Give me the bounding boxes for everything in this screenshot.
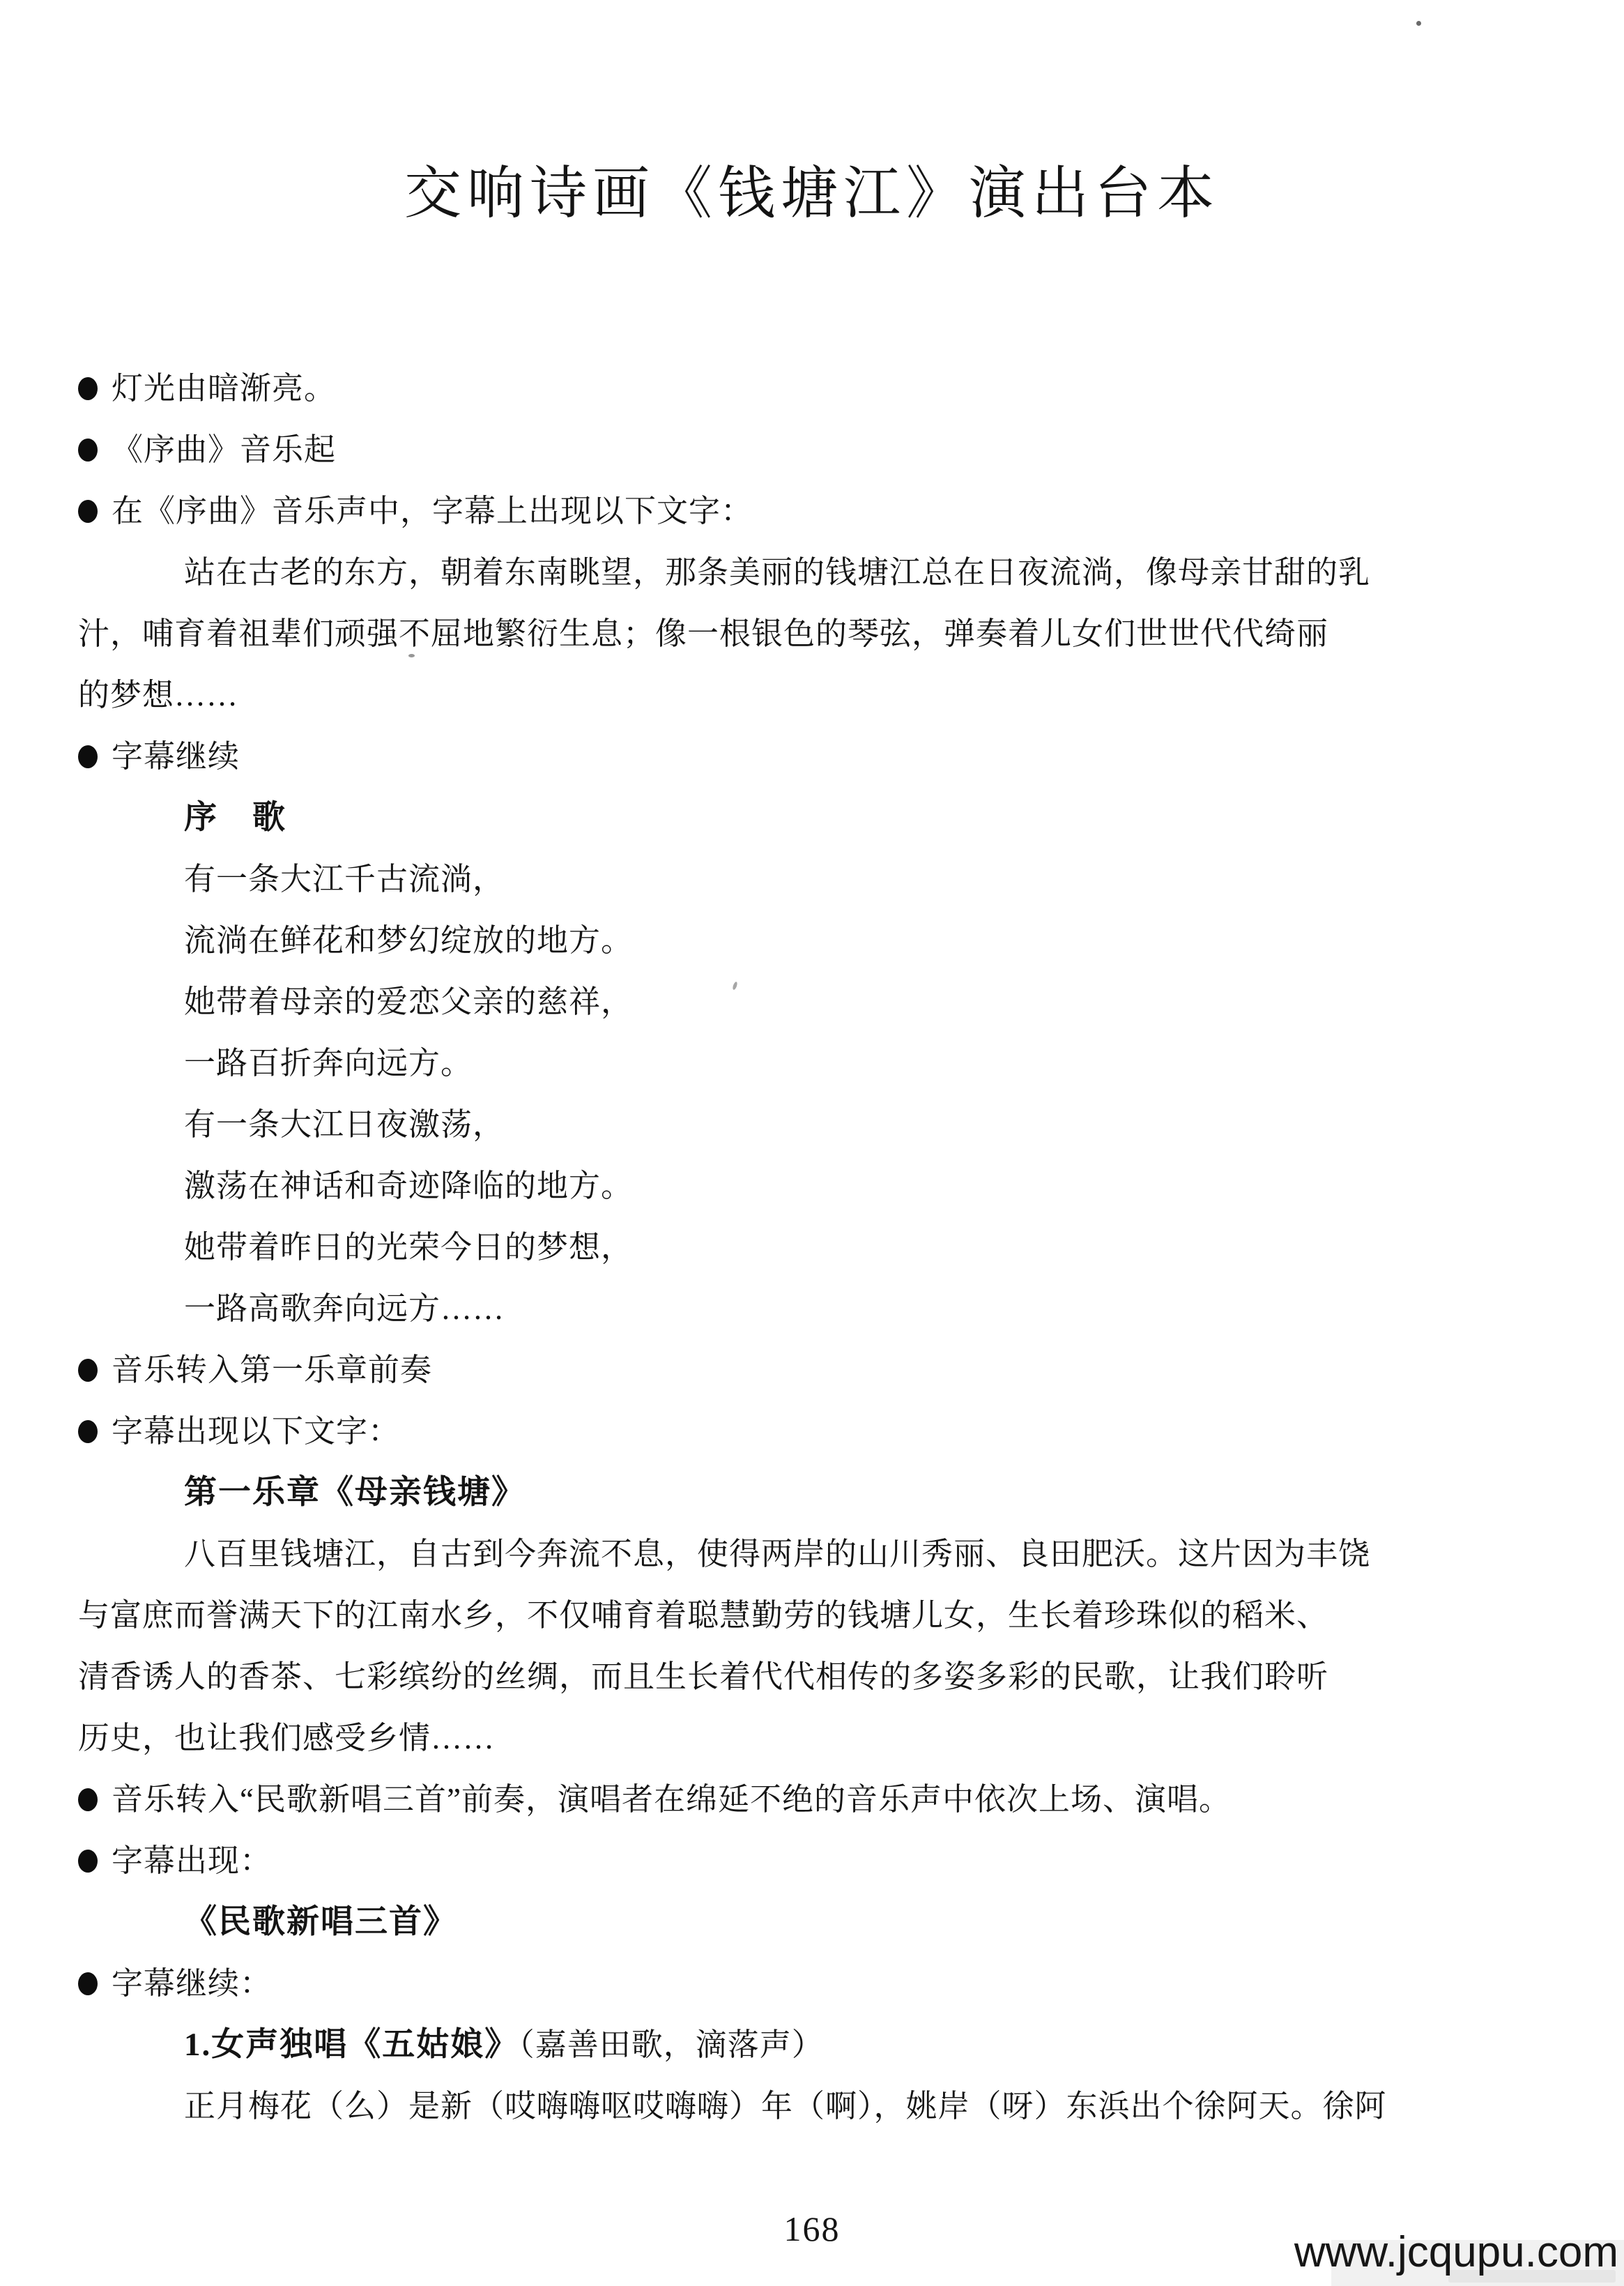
song-heading-subtitle: （嘉善田歌，滴落声） — [519, 2027, 824, 2062]
stage-direction-line: 字幕继续 — [78, 726, 1549, 787]
stage-direction-line: 字幕出现以下文字： — [78, 1401, 1549, 1462]
lyric-line: 她带着母亲的爱恋父亲的慈祥， — [78, 971, 1549, 1032]
bullet-dot-icon — [78, 1850, 98, 1873]
stage-direction-line: 音乐转入第一乐章前奏 — [78, 1339, 1549, 1401]
stage-direction-text: 字幕出现以下文字： — [112, 1416, 400, 1447]
stage-direction-line: 《序曲》音乐起 — [78, 419, 1549, 480]
stage-direction-text: 字幕继续： — [112, 1968, 272, 1999]
narration-line: 历史，也让我们感受乡情…… — [78, 1707, 1549, 1769]
lyric-line: 有一条大江千古流淌， — [78, 848, 1549, 910]
narration-line: 站在古老的东方，朝着东南眺望，那条美丽的钱塘江总在日夜流淌，像母亲甘甜的乳 — [78, 542, 1549, 603]
stage-direction-line: 在《序曲》音乐声中，字幕上出现以下文字： — [78, 480, 1549, 542]
scan-speck — [408, 654, 415, 657]
stage-direction-text: 在《序曲》音乐声中，字幕上出现以下文字： — [112, 496, 753, 527]
stage-direction-line: 音乐转入“民歌新唱三首”前奏，演唱者在绵延不绝的音乐声中依次上场、演唱。 — [78, 1769, 1549, 1830]
bullet-dot-icon — [78, 1788, 98, 1811]
stage-direction-text: 《序曲》音乐起 — [112, 434, 336, 466]
lyric-line: 有一条大江日夜激荡， — [78, 1094, 1549, 1155]
bullet-dot-icon — [78, 377, 98, 400]
stage-direction-text: 音乐转入第一乐章前奏 — [112, 1355, 432, 1386]
stage-direction-line: 字幕继续： — [78, 1953, 1549, 2014]
song-heading-title: 1.女声独唱《五姑娘》 — [184, 2027, 519, 2063]
lyric-line: 激荡在神话和奇迹降临的地方。 — [78, 1155, 1549, 1217]
watermark-url: www.jcqupu.com — [1294, 2230, 1618, 2276]
lyric-line: 一路高歌奔向远方…… — [78, 1278, 1549, 1339]
section-heading: 第一乐章《母亲钱塘》 — [78, 1462, 1549, 1523]
bullet-dot-icon — [78, 1359, 98, 1382]
bullet-dot-icon — [78, 1420, 98, 1443]
narration-line: 清香诱人的香茶、七彩缤纷的丝绸，而且生长着代代相传的多姿多彩的民歌，让我们聆听 — [78, 1646, 1549, 1707]
narration-line: 的梦想…… — [78, 664, 1549, 726]
stage-direction-line: 灯光由暗渐亮。 — [78, 358, 1549, 419]
stage-direction-line: 字幕出现： — [78, 1830, 1549, 1891]
stage-direction-text: 灯光由暗渐亮。 — [112, 373, 336, 404]
bullet-dot-icon — [78, 439, 98, 462]
bullet-dot-icon — [78, 1972, 98, 1995]
narration-line: 与富庶而誉满天下的江南水乡，不仅哺育着聪慧勤劳的钱塘儿女，生长着珍珠似的稻米、 — [78, 1585, 1549, 1646]
scan-speck — [1416, 21, 1421, 26]
stage-direction-text: 字幕出现： — [112, 1845, 272, 1877]
stage-direction-text: 字幕继续 — [112, 741, 240, 772]
section-heading: 《民歌新唱三首》 — [78, 1891, 1549, 1953]
lyric-line: 正月梅花（么）是新（哎嗨嗨呕哎嗨嗨）年（啊），姚岸（呀）东浜出个徐阿天。徐阿 — [78, 2075, 1549, 2137]
section-heading: 序 歌 — [78, 787, 1549, 848]
bullet-dot-icon — [78, 500, 98, 523]
lyric-line: 她带着昨日的光荣今日的梦想， — [78, 1217, 1549, 1278]
page-title: 交响诗画《钱塘江》演出台本 — [0, 148, 1624, 229]
lyric-line: 一路百折奔向远方。 — [78, 1032, 1549, 1094]
bullet-dot-icon — [78, 745, 98, 768]
lyric-line: 流淌在鲜花和梦幻绽放的地方。 — [78, 910, 1549, 971]
stage-direction-text: 音乐转入“民歌新唱三首”前奏，演唱者在绵延不绝的音乐声中依次上场、演唱。 — [112, 1784, 1231, 1815]
narration-line: 汁，哺育着祖辈们顽强不屈地繁衍生息；像一根银色的琴弦，弹奏着儿女们世世代代绮丽 — [78, 603, 1549, 664]
song-heading: 1.女声独唱《五姑娘》（嘉善田歌，滴落声） — [78, 2014, 1549, 2075]
narration-line: 八百里钱塘江，自古到今奔流不息，使得两岸的山川秀丽、良田肥沃。这片因为丰饶 — [78, 1523, 1549, 1585]
script-body: 灯光由暗渐亮。 《序曲》音乐起 在《序曲》音乐声中，字幕上出现以下文字： 站在古… — [78, 358, 1549, 2137]
